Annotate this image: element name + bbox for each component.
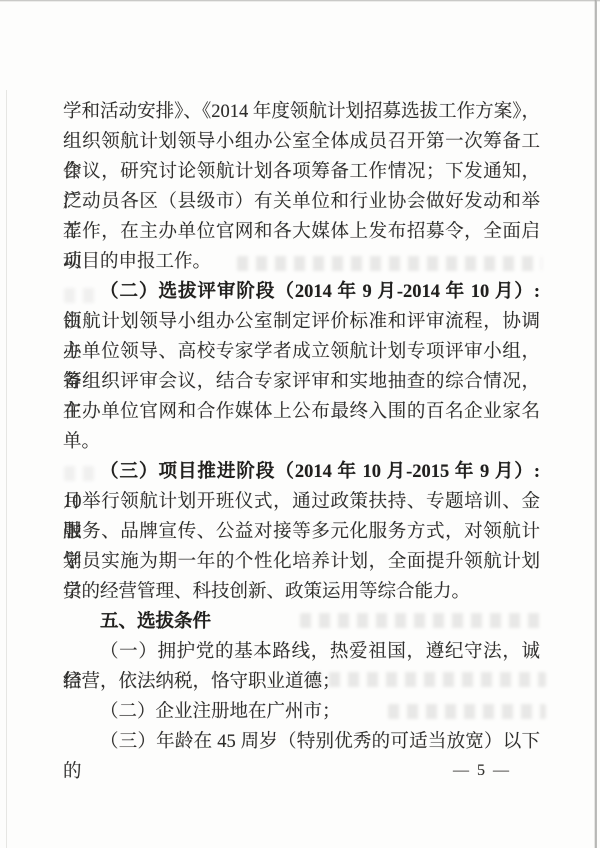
text-line: 办单位领导、高校专家学者成立领航计划专项评审小组，筹 bbox=[63, 337, 540, 367]
text-line: 泛动员各区（县级市）有关单位和行业协会做好发动和举荐 bbox=[63, 187, 540, 217]
text-segment: （二）企业注册地在广州市； bbox=[100, 702, 341, 722]
scan-right-edge bbox=[594, 0, 597, 848]
text-segment: 学和活动安排》、《2014 年度领航计划招募选拔工作方案》， bbox=[63, 102, 540, 122]
text-line: 员的经营管理、科技创新、政策运用等综合能力。 bbox=[63, 577, 540, 607]
text-line: （二）企业注册地在广州市； bbox=[63, 697, 540, 727]
page-number: — 5 — bbox=[452, 762, 512, 780]
text-segment: 单。 bbox=[63, 432, 100, 452]
text-line: 项目的申报工作。 bbox=[63, 247, 540, 277]
text-line: 会议，研究讨论领航计划各项筹备工作情况；下发通知，广 bbox=[63, 157, 540, 187]
scan-left-edge bbox=[6, 90, 7, 848]
text-line: 学和活动安排》、《2014 年度领航计划招募选拔工作方案》， bbox=[63, 97, 540, 127]
text-line: 学员实施为期一年的个性化培养计划，全面提升领航计划学 bbox=[63, 547, 540, 577]
bold-text-segment: 五、选拔条件 bbox=[100, 612, 211, 632]
text-line: 单。 bbox=[63, 427, 540, 457]
bold-text-segment: （三）项目推进阶段（2014 年 10 月-2015 年 9 月）: bbox=[100, 462, 540, 482]
text-line: 五、选拔条件 bbox=[63, 607, 540, 637]
text-line: 主办单位官网和合作媒体上公布最终入围的百名企业家名 bbox=[63, 397, 540, 427]
text-line: 经营，依法纳税，恪守职业道德； bbox=[63, 667, 540, 697]
text-segment: 项目的申报工作。 bbox=[63, 252, 211, 272]
text-line: （一）拥护党的基本路线，热爱祖国，遵纪守法，诚信 bbox=[63, 637, 540, 667]
scan-top-edge bbox=[0, 0, 600, 2]
scanned-document-page: 学和活动安排》、《2014 年度领航计划招募选拔工作方案》，组织领航计划领导小组… bbox=[0, 0, 600, 848]
text-line: （三）项目推进阶段（2014 年 10 月-2015 年 9 月）: 10 bbox=[63, 457, 540, 487]
document-body: 学和活动安排》、《2014 年度领航计划招募选拔工作方案》，组织领航计划领导小组… bbox=[63, 97, 540, 757]
text-line: 工作，在主办单位官网和各大媒体上发布招募令，全面启动 bbox=[63, 217, 540, 247]
text-line: 备组织评审会议，结合专家评审和实地抽查的综合情况，在 bbox=[63, 367, 540, 397]
text-line: （二）选拔评审阶段（2014 年 9 月-2014 年 10 月）: 由 bbox=[63, 277, 540, 307]
text-segment: 员的经营管理、科技创新、政策运用等综合能力。 bbox=[63, 582, 470, 602]
text-line: （三）年龄在 45 周岁（特别优秀的可适当放宽）以下的 bbox=[63, 727, 540, 757]
bold-text-segment: （二）选拔评审阶段（2014 年 9 月-2014 年 10 月）: bbox=[100, 282, 540, 302]
text-segment: 主办单位官网和合作媒体上公布最终入围的百名企业家名 bbox=[63, 402, 540, 422]
text-line: 领航计划领导小组办公室制定评价标准和评审流程，协调主 bbox=[63, 307, 540, 337]
text-line: 服务、品牌宣传、公益对接等多元化服务方式，对领航计划 bbox=[63, 517, 540, 547]
text-line: 组织领航计划领导小组办公室全体成员召开第一次筹备工作 bbox=[63, 127, 540, 157]
text-segment: 经营，依法纳税，恪守职业道德； bbox=[63, 672, 341, 692]
text-line: 月举行领航计划开班仪式，通过政策扶持、专题培训、金融 bbox=[63, 487, 540, 517]
